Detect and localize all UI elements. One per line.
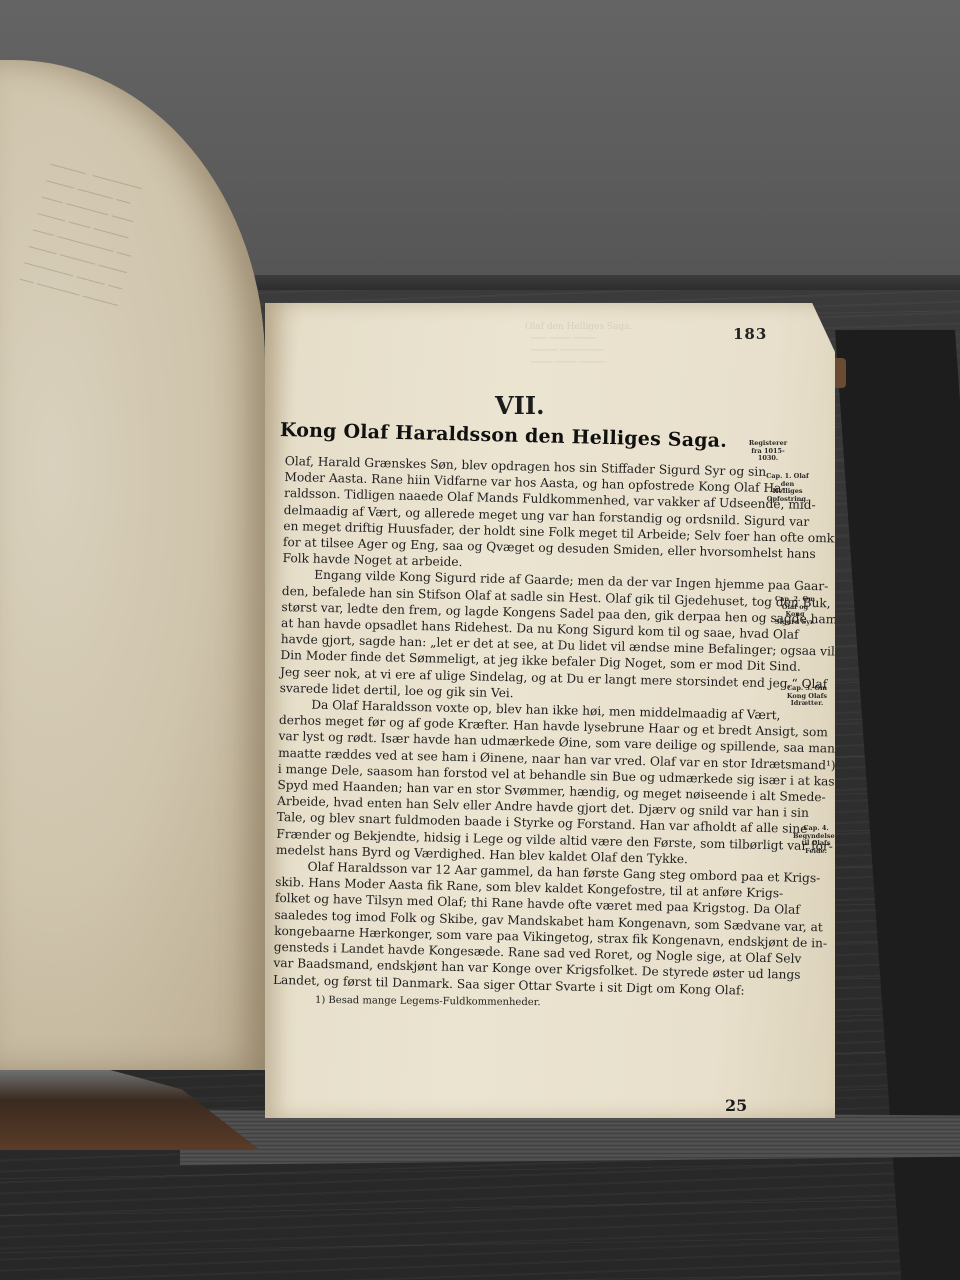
saga-body-text: Olaf, Harald Grænskes Søn, blev opdragen… (273, 453, 795, 999)
page-edges (180, 1110, 960, 1165)
chapter-number: VII. (495, 391, 544, 420)
left-page[interactable]: ───── ─────── ──── ───── ── ─── ────── ─… (0, 60, 265, 1070)
footnote: 1) Besad mange Legems-Fuldkommenheder. (315, 995, 541, 1008)
page-number: 183 (733, 325, 767, 343)
chapter-title: Kong Olaf Haraldsson den Helliges Saga. (280, 419, 728, 452)
right-page[interactable]: Olaf den Helliges Saga. ─── ──── ──── ──… (265, 303, 835, 1118)
signature-number: 25 (725, 1096, 747, 1115)
bleed-through-text: ───── ─────── ──── ───── ── ─── ────── ─… (0, 157, 265, 504)
margin-note-reign: Registerer fra 1015-1030. (745, 440, 791, 463)
bleed-through-text: Olaf den Helliges Saga. ─── ──── ──── ──… (525, 321, 632, 369)
